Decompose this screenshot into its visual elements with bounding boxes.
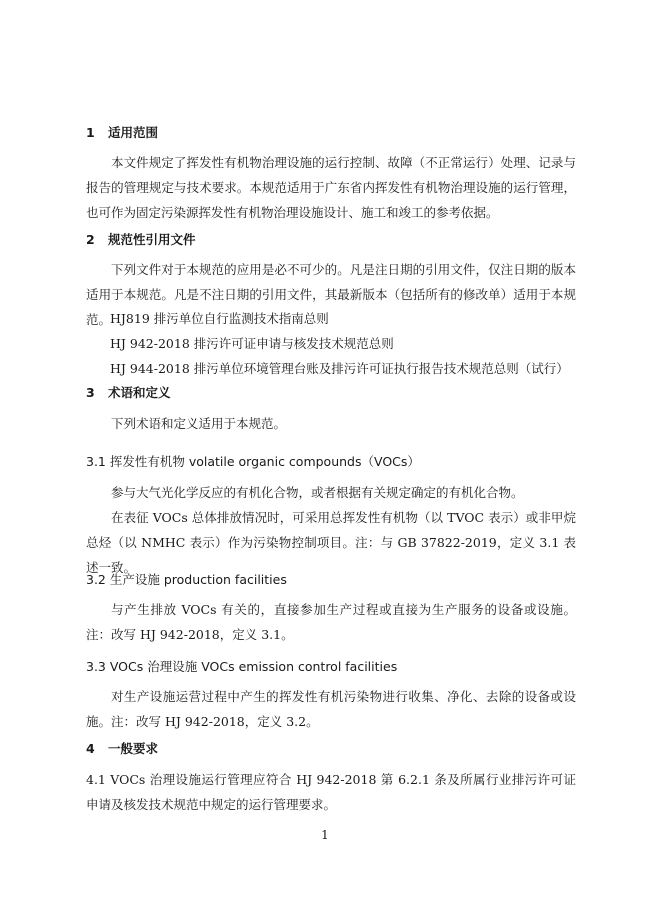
reference-item: HJ 942-2018 排污许可证申请与核发技术规范总则 bbox=[110, 334, 394, 352]
section-heading-2: 2规范性引用文件 bbox=[86, 230, 196, 248]
term-heading-3-3: 3.3 VOCs 治理设施 VOCs emission control faci… bbox=[86, 657, 397, 675]
section-heading-4: 4一般要求 bbox=[86, 739, 158, 757]
term-heading-3-2: 3.2 生产设施 production facilities bbox=[86, 570, 287, 588]
page-number: 1 bbox=[0, 828, 650, 842]
section-number: 1 bbox=[86, 125, 108, 140]
term-paragraph: 与产生排放 VOCs 有关的，直接参加生产过程或直接为生产服务的设备或设施。注：… bbox=[86, 597, 576, 647]
clause-4-1: 4.1 VOCs 治理设施运行管理应符合 HJ 942-2018 第 6.2.1… bbox=[86, 767, 576, 817]
paragraph-scope: 本文件规定了挥发性有机物治理设施的运行控制、故障（不正常运行）处理、记录与报告的… bbox=[86, 150, 576, 225]
section-heading-3: 3术语和定义 bbox=[86, 383, 171, 401]
section-heading-1: 1适用范围 bbox=[86, 123, 158, 141]
document-page: 1适用范围 本文件规定了挥发性有机物治理设施的运行控制、故障（不正常运行）处理、… bbox=[0, 0, 650, 919]
section-number: 4 bbox=[86, 741, 108, 756]
term-paragraph: 参与大气光化学反应的有机化合物，或者根据有关规定确定的有机化合物。 bbox=[86, 480, 576, 505]
term-heading-3-1: 3.1 挥发性有机物 volatile organic compounds（VO… bbox=[86, 452, 420, 470]
reference-item: HJ 944-2018 排污单位环境管理台账及排污许可证执行报告技术规范总则（试… bbox=[110, 359, 569, 377]
term-paragraph: 对生产设施运营过程中产生的挥发性有机污染物进行收集、净化、去除的设备或设施。注：… bbox=[86, 684, 576, 734]
reference-item: HJ819 排污单位自行监测技术指南总则 bbox=[110, 309, 329, 327]
section-title: 适用范围 bbox=[108, 125, 158, 140]
section-title: 术语和定义 bbox=[108, 385, 171, 400]
section-title: 一般要求 bbox=[108, 741, 158, 756]
term-paragraph: 在表征 VOCs 总体排放情况时，可采用总挥发性有机物（以 TVOC 表示）或非… bbox=[86, 505, 576, 580]
section-number: 3 bbox=[86, 385, 108, 400]
paragraph-terms-intro: 下列术语和定义适用于本规范。 bbox=[86, 411, 576, 436]
section-number: 2 bbox=[86, 232, 108, 247]
section-title: 规范性引用文件 bbox=[108, 232, 196, 247]
